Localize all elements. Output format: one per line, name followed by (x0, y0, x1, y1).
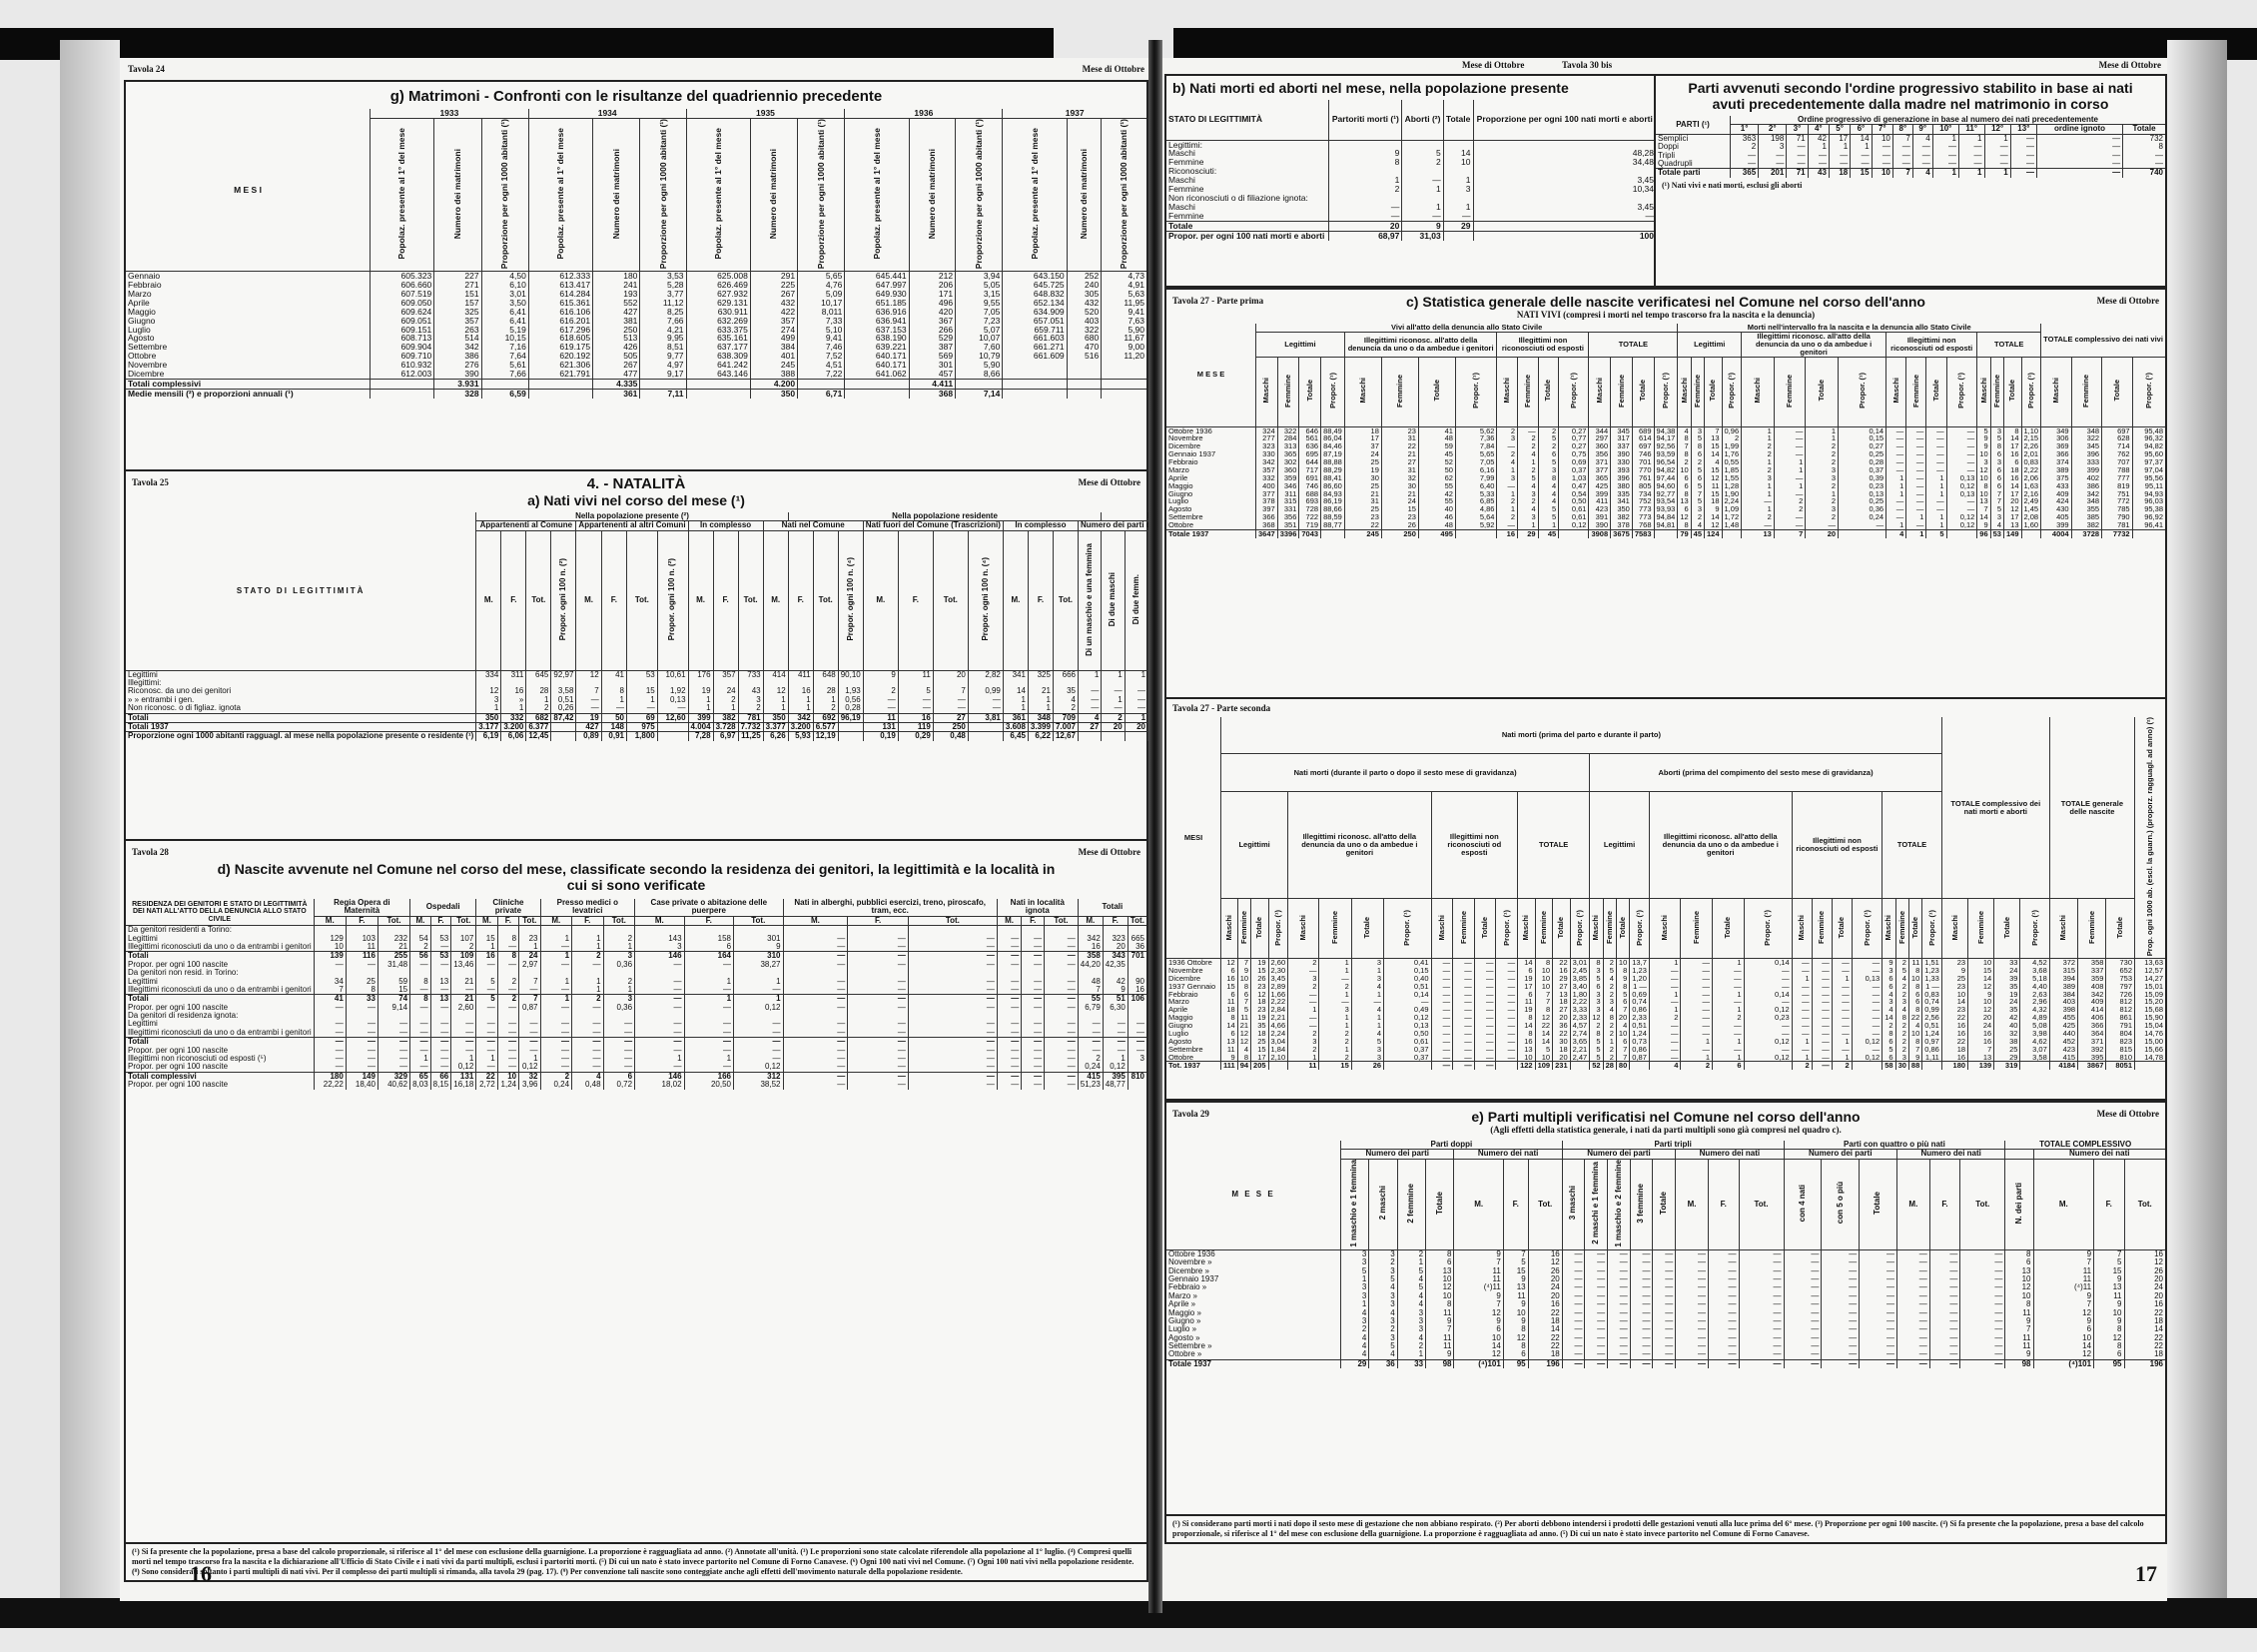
table-cell: — (2010, 169, 2036, 178)
table-cell: 0,12 (734, 1004, 784, 1012)
table-cell: — (626, 704, 657, 713)
tavola-label: Tavola 28 (132, 847, 169, 857)
column-header: Propor. (¹) (1559, 357, 1589, 426)
table-cell: 7,22 (798, 370, 845, 379)
column-header: M. (1897, 1159, 1930, 1249)
table-cell (838, 732, 863, 741)
column-header: Femmine (1237, 899, 1250, 959)
group-header: Nati in località ignota (997, 899, 1078, 916)
row-label: Propor. per ogni 100 nascite (126, 1081, 314, 1089)
table-cell: 10 (1443, 158, 1473, 167)
table-cell: 661.609 (1003, 352, 1067, 361)
table-cell: — (1585, 1350, 1608, 1359)
column-header: Totale (1553, 899, 1571, 959)
column-header-text: Totale (1932, 380, 1940, 402)
column-header-text: Maschi (1225, 915, 1233, 940)
category-header: Illegittimi riconosc. all'atto della den… (1288, 792, 1431, 899)
table-cell: 94 (1237, 1062, 1250, 1070)
table-cell: 201 (1759, 169, 1787, 178)
table-cell (686, 380, 750, 390)
table-cell: — (657, 704, 688, 713)
table-cell: 9 (1426, 1350, 1454, 1359)
column-header-text: Propor. (¹) (1728, 373, 1736, 409)
table-cell: 701 (1128, 952, 1146, 961)
group-header: Presso medici o levatrici (540, 899, 635, 916)
column-header-text: Totale (1660, 1192, 1668, 1215)
table-cell: — (908, 1063, 997, 1072)
sub-header: Numero dei nati (1897, 1150, 2005, 1159)
table-cell: — (997, 1063, 1021, 1072)
table-cell: 28 (1603, 1062, 1616, 1070)
table-cell: — (540, 1063, 572, 1072)
table-cell: 18,02 (635, 1081, 684, 1089)
table-cell: 0,36 (603, 1004, 635, 1012)
table-cell (1102, 361, 1146, 370)
column-header: Propor. (¹) (1321, 357, 1345, 426)
table-cell: — (2036, 143, 2122, 151)
column-header: M. (763, 530, 788, 670)
column-header: Propor. (¹) (1922, 899, 1942, 959)
group-header: Case private o abitazione delle puerpere (635, 899, 783, 916)
table-cell: 0,12 (1946, 521, 1977, 529)
table-cell (528, 390, 592, 399)
table-cell: — (908, 995, 997, 1004)
column-header: 1° (1731, 125, 1759, 134)
column-header-text: Femmine (1540, 911, 1548, 944)
column-header: Femmine (1518, 357, 1539, 426)
table-cell: 111 (1221, 1062, 1238, 1070)
table-cell: — (1125, 704, 1147, 713)
table-row: Totali35033268287,4219506912,60399382781… (126, 713, 1251, 722)
column-header: Totale (1251, 899, 1269, 959)
table-cell (1128, 1063, 1146, 1072)
column-header-text: Popolaz. presente al 1° del mese (1031, 128, 1040, 259)
table-cell: 12,60 (657, 713, 688, 722)
column-header-text: Propor. ogni 100 n. (²) (668, 558, 676, 640)
column-header: Totale (1474, 899, 1496, 959)
book-spine (1148, 40, 1162, 1613)
table-cell (1473, 140, 1656, 149)
column-header: F. (572, 916, 604, 925)
column-header: Totale (1632, 357, 1654, 426)
table-cell: 733 (738, 670, 763, 679)
scan-bottom-border (0, 1598, 2257, 1628)
table-cell: 3.931 (434, 380, 481, 390)
column-header: Popolaz. presente al 1° del mese (686, 118, 750, 271)
column-header: 4° (1808, 125, 1829, 134)
column-header: M. (635, 916, 684, 925)
table-cell: 12,45 (526, 732, 551, 741)
table-cell: 80 (1616, 1062, 1629, 1070)
column-header: Maschi (1518, 899, 1536, 959)
table-cell: 16 (1497, 529, 1518, 537)
table-cell (1125, 732, 1147, 741)
column-header: Tot. (1960, 1159, 2005, 1249)
table-cell: 1 (1402, 185, 1443, 194)
table-cell: — (1608, 1350, 1631, 1359)
category-header: Illegittimi riconosc. all'atto della den… (1649, 792, 1792, 899)
column-header: Maschi (1431, 899, 1453, 959)
table-cell: 6 (1713, 1062, 1745, 1070)
column-header: M. (476, 916, 497, 925)
table-cell: 365 (1731, 169, 1759, 178)
table-cell: — (1443, 212, 1473, 221)
column-header: Femmine (1453, 899, 1475, 959)
table-c2-nati-morti-anno: Tavola 27 - Parte seconda MESI Nati mort… (1164, 697, 2167, 1101)
column-header-text: Totale (1619, 917, 1627, 939)
column-header: STATO DI LEGITTIMITÀ (1166, 100, 1329, 140)
table-cell: 9 (863, 670, 898, 679)
table-cell (481, 380, 528, 390)
table-cell (1003, 380, 1067, 390)
table-cell: 11 (1288, 1062, 1319, 1070)
table-cell: — (314, 961, 346, 969)
table-cell: — (497, 1004, 518, 1012)
sub-header: Illegittimi non riconosciuti od esposti (1886, 332, 1977, 357)
table-cell: 11,25 (738, 732, 763, 741)
table-row: Tot. 193711194205111526———12210923152288… (1166, 1062, 2165, 1070)
column-header-text: Totale (1818, 380, 1826, 402)
totale-generale-header: TOTALE generale delle nascite (2049, 717, 2134, 899)
column-header: Propor. (¹) (1852, 899, 1882, 959)
table-c1-nati-vivi-anno: Tavola 27 - Parte prima Mese di Ottobre … (1164, 288, 2167, 701)
table-cell: — (430, 1004, 451, 1012)
column-header-text: Maschi (2052, 378, 2060, 403)
table-cell: — (1676, 1359, 1709, 1368)
table-cell: — (1022, 1081, 1045, 1089)
table-cell: 88 (1908, 1062, 1921, 1070)
table-cell: — (572, 961, 604, 969)
column-header: Tot. (377, 916, 409, 925)
column-header: Femmine (1906, 357, 1926, 426)
column-header: Di due femm. (1125, 530, 1147, 670)
column-header-text: Proporzione per ogni 1000 abitanti (¹) (1120, 119, 1128, 269)
column-header: Numero dei matrimoni (750, 118, 797, 271)
column-header: Femmine (1681, 899, 1713, 959)
column-header-text: Maschi (1359, 378, 1367, 403)
footnotes: (¹) Si considerano parti morti i nati do… (1166, 1514, 2165, 1542)
table-cell: 0,12 (1559, 521, 1589, 529)
column-header-text: Numero dei matrimoni (1080, 149, 1089, 239)
table-cell: — (1496, 1054, 1518, 1062)
table-cell: — (635, 961, 684, 969)
table-cell: — (635, 1063, 684, 1072)
table-cell: 0,26 (551, 704, 576, 713)
table-cell: 88,77 (1321, 521, 1345, 529)
table-cell (838, 722, 863, 731)
row-label: Totale (1166, 221, 1329, 231)
table-g-matrimoni: g) Matrimoni - Confronti con le risultan… (124, 80, 1148, 473)
table-cell: 30 (1895, 1062, 1908, 1070)
column-header: M. (1078, 916, 1103, 925)
column-header-text: Propor. (¹) (2027, 373, 2035, 409)
table-cell: 15 (1851, 169, 1872, 178)
table-cell: — (346, 1004, 377, 1012)
column-header: Numero dei matrimoni (434, 118, 481, 271)
table-cell: 0,72 (603, 1081, 635, 1089)
column-header: Maschi (1882, 899, 1895, 959)
table-cell: 0,89 (576, 732, 601, 741)
column-header-text: Propor. (¹) (1403, 910, 1411, 946)
table-cell: 0,29 (898, 732, 933, 741)
column-header-text: Numero dei matrimoni (769, 149, 778, 239)
column-header-text: Totale (2003, 917, 2011, 939)
column-header-text: Maschi (1438, 915, 1446, 940)
column-header: Numero dei matrimoni (909, 118, 955, 271)
table-cell: 94,81 (1654, 521, 1678, 529)
table-cell: 328 (434, 390, 481, 399)
table-cell: — (848, 1063, 909, 1072)
table-cell: 9,14 (377, 1004, 409, 1012)
table-cell: 3675 (1611, 529, 1633, 537)
table-cell: 3 (1128, 1055, 1146, 1063)
table-cell: 2,47 (1570, 1054, 1590, 1062)
table-cell (1067, 361, 1102, 370)
column-header: 7° (1872, 125, 1892, 134)
column-header: Femmine (1277, 357, 1299, 426)
column-header: Totale (2003, 357, 2021, 426)
sub-header: In complesso (1003, 521, 1078, 530)
footnotes: (¹) Si fa presente che la popolazione, p… (126, 1542, 1146, 1580)
column-header-text: 3 maschi (1569, 1186, 1577, 1220)
table-row: Totale 193736473396704324525049516294539… (1166, 529, 2165, 537)
table-cell: 516 (1067, 352, 1102, 361)
column-header: F. (1708, 1159, 1739, 1249)
column-header-text: Femmine (1240, 911, 1248, 944)
tavola-label-parti: Tavola 30 bis (1562, 60, 1612, 70)
column-header-text: Totale (2116, 917, 2124, 939)
table-cell: 7,66 (481, 370, 528, 379)
column-header: Tot. (738, 530, 763, 670)
table-cell: 0,19 (863, 732, 898, 741)
column-header: Femmine (1611, 357, 1633, 426)
column-header: Popolaz. presente al 1° del mese (1003, 118, 1067, 271)
table-cell: 0,48 (933, 732, 968, 741)
column-header-text: Femmine (1977, 911, 1985, 944)
column-header: Partoriti morti (¹) (1329, 100, 1402, 140)
page-number: 16 (190, 1561, 212, 1587)
table-cell: 666 (1053, 670, 1078, 679)
table-cell: 0,24 (1078, 1063, 1103, 1072)
table-cell (798, 380, 845, 390)
table-cell: 18 (1829, 169, 1850, 178)
column-header: Propor. ogni 100 n. (⁴) (838, 530, 863, 670)
table-cell: — (783, 1081, 848, 1089)
column-header: Femmine (2071, 357, 2102, 426)
table-cell: — (1453, 1062, 1475, 1070)
column-header-text: Numero dei matrimoni (453, 149, 462, 239)
column-header-text: Proporzione per ogni 1000 abitanti (¹) (659, 119, 668, 269)
table-cell (371, 380, 434, 390)
row-label: Proporzione ogni 1000 abitanti ragguagl.… (126, 732, 476, 741)
column-header: M. (688, 530, 713, 670)
column-header-text: Maschi (1892, 378, 1900, 403)
table-cell: — (1739, 1350, 1784, 1359)
column-header-text: Numero dei matrimoni (928, 149, 937, 239)
table-row: Femmine———— (1166, 212, 1656, 221)
table-b-grid: STATO DI LEGITTIMITÀPartoriti morti (¹)A… (1166, 100, 1656, 241)
table-row: Quadrupli——————————————— (1656, 160, 2165, 169)
table-cell (1496, 1062, 1518, 1070)
column-header-text: Propor. (¹) (1859, 373, 1867, 409)
table-cell: 4 (1912, 169, 1932, 178)
table-row: Doppi23—111————————8 (1656, 143, 2165, 151)
table-cell: 1 (476, 704, 501, 713)
table-cell: 1 (1329, 176, 1402, 185)
table-cell: — (908, 1038, 997, 1047)
column-header: F. (848, 916, 909, 925)
group-header: Nati in alberghi, pubblici esercizi, tre… (783, 899, 997, 916)
column-header-text: Maschi (1596, 378, 1604, 403)
row-header: STATO DI LEGITTIMITÀ (126, 512, 476, 670)
column-header: Femmine (1691, 357, 1704, 426)
table-cell: 319 (1994, 1062, 2020, 1070)
table-cell (1067, 370, 1102, 379)
table-cell: — (572, 1063, 604, 1072)
column-header: Maschi (1941, 899, 1967, 959)
column-header-text: Di due maschi (1109, 572, 1117, 626)
column-header: Aborti (²) (1402, 100, 1443, 140)
column-header: Tot. (933, 530, 968, 670)
column-header-text: Propor. (¹) (1764, 910, 1772, 946)
table-cell: — (497, 961, 518, 969)
table-cell: 1 (1078, 670, 1101, 679)
table-cell: 9 (2005, 1350, 2033, 1359)
table-cell (1473, 167, 1656, 176)
table-cell: 2 (1402, 158, 1443, 167)
column-header: Propor. (¹) (1630, 899, 1650, 959)
table-cell: — (1653, 1359, 1676, 1368)
table-cell: 96,19 (838, 713, 863, 722)
column-header: Tot. (451, 916, 476, 925)
column-header: 3 maschi (1562, 1159, 1585, 1249)
table-cell: 311 (501, 670, 526, 679)
table-cell: — (601, 704, 626, 713)
table-row: Tripli——————————————— (1656, 152, 2165, 160)
table-cell: 1 (688, 704, 713, 713)
month-label: Mese di Ottobre (1079, 477, 1140, 487)
table-row: Propor. per ogni 100 nascite——31,48——13,… (126, 961, 1146, 969)
table-cell: — (346, 961, 377, 969)
column-header: N. dei parti (2005, 1159, 2033, 1249)
column-header-text: Totale (1436, 1192, 1444, 1215)
table-cell: — (1812, 1062, 1832, 1070)
table-cell (968, 732, 1003, 741)
column-header-text: Propor. ogni 100 n. (⁴) (982, 557, 990, 641)
table-cell: 20 (1125, 722, 1147, 731)
table-cell (2135, 1062, 2166, 1070)
column-header: Femmine (1535, 899, 1553, 959)
column-header: Propor. (¹) (1744, 899, 1792, 959)
table-cell (1321, 529, 1345, 537)
column-header: Proporzione per ogni 1000 abitanti (¹) (640, 118, 686, 271)
column-header: Femmine (1774, 357, 1806, 426)
table-b-title: b) Nati morti ed aborti nel mese, nella … (1166, 80, 1656, 96)
table-cell: 176 (688, 670, 713, 679)
row-label: Maggio (126, 308, 371, 317)
column-header: Tot. (734, 916, 784, 925)
section-title: 4. - NATALITÀ (126, 475, 1146, 492)
table-row: Illegittimi: (126, 679, 1251, 687)
table-b-nati-morti: b) Nati morti ed aborti nel mese, nella … (1164, 74, 1658, 288)
column-header: Femmine (1812, 899, 1832, 959)
column-header: 2 maschi e 1 femmina (1585, 1159, 1608, 1249)
category-header: Legittimi (1590, 792, 1650, 899)
table-cell: 29 (1518, 529, 1539, 537)
table-cell: 1,48 (1722, 521, 1742, 529)
column-header: Maschi (1792, 899, 1812, 959)
column-header-text: Femmine (1786, 375, 1794, 408)
table-cell: — (410, 961, 431, 969)
table-cell: — (783, 1004, 848, 1012)
sub-header: Legittimi (1678, 332, 1742, 357)
table-cell: — (314, 1004, 346, 1012)
table-cell: — (1784, 1350, 1822, 1359)
table-cell (908, 926, 997, 935)
table-row: Totale20929 (1166, 221, 1656, 231)
table-cell: 1 (788, 704, 813, 713)
column-header-text: Maschi (1980, 378, 1988, 403)
column-header-text: Totale (2008, 380, 2016, 402)
column-header-text: Totale (1557, 917, 1565, 939)
row-label: Totale 1937 (1166, 529, 1256, 537)
table-row: Totale 193729363398(⁴)10195196——————————… (1166, 1359, 2165, 1368)
table-cell: 3 (1443, 185, 1473, 194)
column-header: 2 femmine (1397, 1159, 1425, 1249)
table-cell (1067, 380, 1102, 390)
table-cell: 33 (1397, 1359, 1425, 1368)
table-cell: — (635, 1004, 684, 1012)
table-row: Semplici363198714217141074111——732 (1656, 134, 2165, 143)
group-header: Ospedali (410, 899, 476, 916)
table-cell: 0,37 (1384, 1054, 1431, 1062)
mese-header: M E S I (126, 109, 371, 272)
column-header-text: Totale (1724, 917, 1732, 939)
table-cell: 2,72 (476, 1081, 497, 1089)
table-cell: — (783, 1063, 848, 1072)
table-cell: 231 (1553, 1062, 1571, 1070)
column-header-text: 2 maschi e 1 femmina (1592, 1162, 1600, 1244)
column-header: Totale (2106, 899, 2135, 959)
table-cell (1268, 1062, 1288, 1070)
table-cell (1102, 390, 1146, 399)
table-cell: 12,19 (813, 732, 838, 741)
column-header: Propor. (¹) (2132, 357, 2165, 426)
column-header: Propor. (¹) (1496, 899, 1518, 959)
sub-header: Numero dei parti (1784, 1150, 1896, 1159)
table-cell: 7 (1892, 169, 1912, 178)
column-header: Totale (1713, 899, 1745, 959)
row-label: Gennaio (126, 272, 371, 281)
table-cell: 612.003 (371, 370, 434, 379)
table-row: Ottobre »441912618——————————————912618 (1166, 1350, 2165, 1359)
table-cell: 2 (738, 704, 763, 713)
column-header: Totale (1443, 100, 1473, 140)
table-cell: 0,91 (601, 732, 626, 741)
aborti-header: Aborti (prima del compimento del sesto m… (1590, 753, 1942, 791)
column-header-text: Femmine (1284, 375, 1292, 408)
column-header: Maschi (1977, 357, 1990, 426)
column-header: M. (314, 916, 346, 925)
row-label: Totali complessivi (126, 380, 371, 390)
table-cell: 2,60 (451, 1004, 476, 1012)
column-header-text: Propor. (¹) (1570, 373, 1578, 409)
table-cell: — (1562, 1359, 1585, 1368)
column-header: Propor. (¹) (1946, 357, 1977, 426)
column-header: Propor. (¹) (2020, 899, 2049, 959)
table-cell: 106 (1128, 995, 1146, 1004)
group-header: Vivi all'atto della denuncia allo Stato … (1256, 324, 1678, 332)
